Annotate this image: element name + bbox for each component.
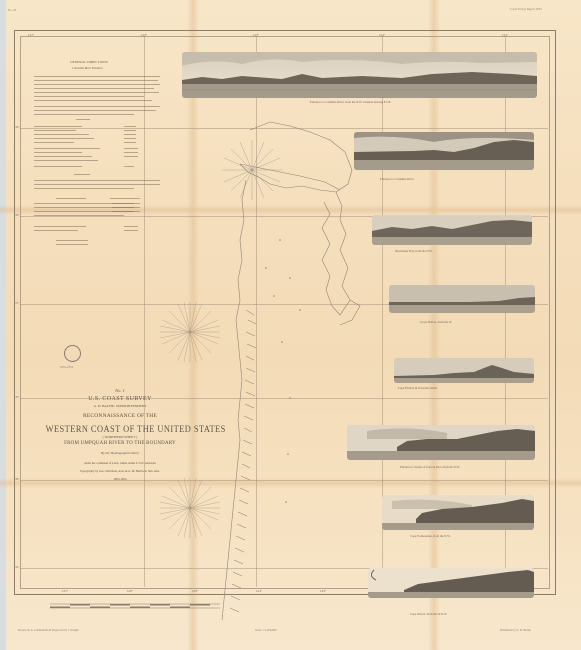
margin-bottom-left: Drawn by A. Lindenkohl & Engraved by J. … xyxy=(18,628,79,632)
notes-title: GENERAL DIRECTIONS xyxy=(70,60,108,64)
view-3-caption: Shoalwater Bay, from the N.W. xyxy=(395,249,433,253)
chart-number: No. 1 xyxy=(40,388,200,393)
scale-bar xyxy=(50,603,220,609)
view-1-caption: Entrance to Columbia River, from the N.W… xyxy=(310,100,391,104)
latitude-tick: 47° xyxy=(15,301,20,305)
margin-top-left: No. 25 xyxy=(8,8,16,12)
margin-bottom-right: Published by A. D. Bache xyxy=(500,628,531,632)
margin-top-right: Coast Survey Report 1854 xyxy=(510,7,542,11)
longitude-tick: 127° xyxy=(62,589,68,593)
view-2-caption: Entrance to Columbia River xyxy=(380,177,414,181)
coastal-view-5 xyxy=(394,358,534,383)
chart-section: ( NORTHERN SHEET ) xyxy=(40,435,200,439)
latitude-tick: 46° xyxy=(15,395,20,399)
notes-subtitle: Columbia River Entrance xyxy=(72,66,103,70)
coastal-view-2 xyxy=(354,132,534,170)
latitude-tick: 44° xyxy=(15,565,20,569)
chart-engraving: Topography by Geo. Davidson, Asst. & A. … xyxy=(40,469,200,473)
coastal-view-1 xyxy=(182,52,537,98)
coastal-view-6 xyxy=(347,425,535,460)
chart-credit: under the command of Lieut. James Alden … xyxy=(40,461,200,465)
view-7-caption: Cape Foulweather, from the N.W. xyxy=(410,534,451,538)
chart-year: 1853-1854 xyxy=(40,477,200,481)
view-6-caption: Entrance to Straits of Juan de Fuca from… xyxy=(400,465,460,469)
view-4-caption: Grays Harbor, from the W. xyxy=(420,320,452,324)
meridian-line xyxy=(144,36,145,587)
longitude-tick: 124° xyxy=(379,33,385,37)
latitude-tick: 49° xyxy=(15,125,20,129)
chart-main-title: WESTERN COAST OF THE UNITED STATES xyxy=(46,424,195,434)
superintendent: A. D. BACHE, SUPERINTENDENT xyxy=(40,404,200,408)
coastal-view-8 xyxy=(368,568,534,598)
view-8-caption: Cape Orford, from the W.N.W. xyxy=(410,612,447,616)
chart-extent: FROM UMPQUAH RIVER TO THE BOUNDARY xyxy=(40,441,200,446)
coastline-map xyxy=(190,110,390,630)
chart-by-line: By the Hydrographic Party xyxy=(40,451,200,455)
coastal-view-4 xyxy=(389,285,535,313)
chart-subtitle: RECONNAISSANCE OF THE xyxy=(40,413,200,419)
view-5-caption: Cape Flattery & Tatouche Island xyxy=(398,386,437,390)
agency-name: U.S. COAST SURVEY xyxy=(40,396,200,402)
longitude-tick: 127° xyxy=(28,33,34,37)
title-cartouche: No. 1 U.S. COAST SURVEY A. D. BACHE, SUP… xyxy=(40,388,200,481)
longitude-tick: 126° xyxy=(127,589,133,593)
latitude-tick: 45° xyxy=(15,477,20,481)
scan-edge xyxy=(0,0,6,650)
emblem-label: 1853-1854 xyxy=(60,365,73,369)
longitude-tick: 125° xyxy=(253,33,259,37)
coastal-view-7 xyxy=(382,495,534,530)
longitude-tick: 126° xyxy=(141,33,147,37)
latitude-tick: 48° xyxy=(15,213,20,217)
survey-emblem-icon xyxy=(64,345,81,362)
longitude-tick: 123° xyxy=(502,33,508,37)
coastal-view-3 xyxy=(372,215,532,245)
